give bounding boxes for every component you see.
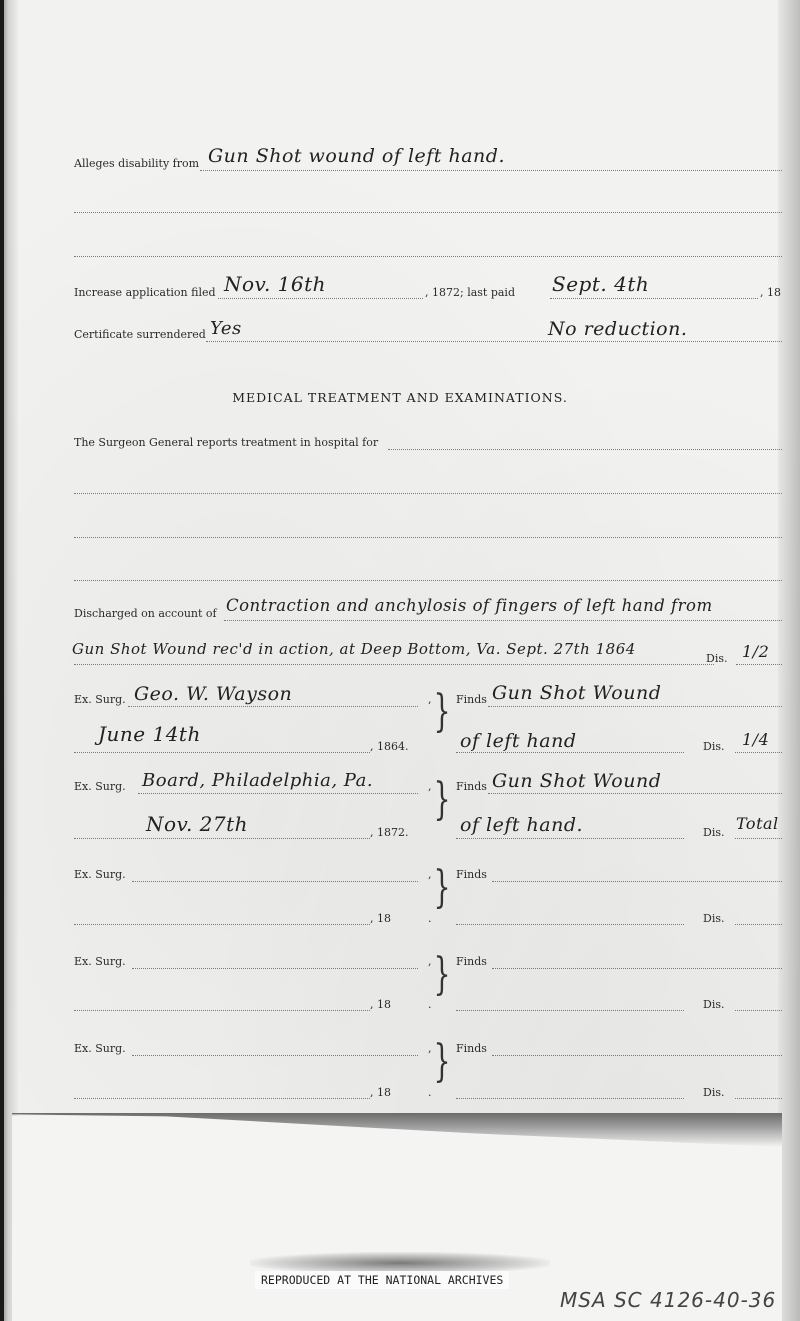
exam-2-surgeon: Board, Philadelphia, Pa. [142, 770, 373, 791]
exam-3-dis-line [735, 924, 782, 925]
exam-4-surgeon-line [132, 968, 418, 969]
exam-1-date: June 14th [98, 722, 201, 746]
last-paid-year-label: , 18 [760, 286, 781, 299]
exam-4-dis-line [735, 1010, 782, 1011]
exam-2-dis-value: Total [736, 814, 779, 833]
surgeon-general-line [388, 449, 782, 450]
exam-3-period: . [428, 912, 432, 925]
increase-label: Increase application filed [74, 286, 216, 299]
exam-4-finds-line-2 [456, 1010, 684, 1011]
exam-1-year: , 1864. [370, 740, 408, 753]
exam-1-finds-line1: Gun Shot Wound [492, 682, 661, 704]
discharged-dis-line [736, 664, 782, 665]
discharged-dis-label: Dis. [706, 652, 727, 665]
exam-5-dis-line [735, 1098, 782, 1099]
exam-2-surg-label: Ex. Surg. [74, 780, 126, 793]
reference-number: MSA SC 4126-40-36 [560, 1288, 776, 1312]
alleges-line [200, 170, 782, 171]
exam-1-dis-line [735, 752, 782, 753]
discharged-value-line1: Contraction and anchylosis of fingers of… [226, 596, 713, 615]
exam-4-year: , 18 [370, 998, 391, 1011]
section-heading: MEDICAL TREATMENT AND EXAMINATIONS. [0, 390, 800, 405]
exam-4-dis-label: Dis. [703, 998, 724, 1011]
exam-5-surg-label: Ex. Surg. [74, 1042, 126, 1055]
exam-4-surg-label: Ex. Surg. [74, 955, 126, 968]
last-paid-line [550, 298, 758, 299]
exam-1-finds-line2: of left hand [460, 730, 577, 752]
discharged-label: Discharged on account of [74, 607, 217, 620]
archives-stamp: REPRODUCED AT THE NATIONAL ARCHIVES [255, 1271, 509, 1289]
exam-2-comma: , [428, 780, 432, 793]
exam-3-finds-line-1 [492, 881, 782, 882]
exam-5-dis-label: Dis. [703, 1086, 724, 1099]
discharged-value-line2: Gun Shot Wound rec'd in action, at Deep … [72, 640, 636, 658]
certificate-value: Yes [210, 318, 242, 339]
exam-4-comma: , [428, 955, 432, 968]
exam-3-finds-line-2 [456, 924, 684, 925]
alleges-label: Alleges disability from [74, 157, 199, 170]
discharged-line-1 [224, 620, 782, 621]
surgeon-general-line-2 [74, 493, 782, 494]
alleges-line-2 [74, 212, 782, 213]
exam-5-finds-label: Finds [456, 1042, 487, 1055]
exam-5-year: , 18 [370, 1086, 391, 1099]
exam-3-comma: , [428, 868, 432, 881]
alleges-value: Gun Shot wound of left hand. [208, 145, 505, 167]
exam-1-dis-value: 1/4 [742, 730, 769, 749]
exam-3-date-line [74, 924, 370, 925]
exam-3-brace: } [434, 866, 451, 910]
exam-1-comma: , [428, 693, 432, 706]
exam-1-date-line [74, 752, 370, 753]
exam-1-surgeon: Geo. W. Wayson [134, 683, 292, 705]
exam-1-finds-label: Finds [456, 693, 487, 706]
discharged-line-2 [74, 664, 714, 665]
exam-2-surgeon-line [138, 793, 418, 794]
exam-5-comma: , [428, 1042, 432, 1055]
exam-5-finds-line-2 [456, 1098, 684, 1099]
exam-3-dis-label: Dis. [703, 912, 724, 925]
exam-1-finds-line-2 [456, 752, 684, 753]
exam-2-brace: } [434, 778, 451, 822]
exam-2-date-line [74, 838, 370, 839]
exam-4-period: . [428, 998, 432, 1011]
exam-1-surg-label: Ex. Surg. [74, 693, 126, 706]
certificate-label: Certificate surrendered [74, 328, 206, 341]
exam-2-finds-line2: of left hand. [460, 814, 583, 836]
exam-3-year: , 18 [370, 912, 391, 925]
exam-2-date: Nov. 27th [146, 812, 248, 836]
surgeon-general-line-3 [74, 537, 782, 538]
exam-5-surgeon-line [132, 1055, 418, 1056]
exam-1-brace: } [434, 690, 451, 734]
exam-2-dis-label: Dis. [703, 826, 724, 839]
exam-2-finds-line-1 [488, 793, 782, 794]
increase-filed-line [218, 298, 423, 299]
surgeon-general-line-4 [74, 580, 782, 581]
certificate-note: No reduction. [548, 318, 687, 340]
last-paid-value: Sept. 4th [552, 272, 649, 296]
exam-2-finds-line1: Gun Shot Wound [492, 770, 661, 792]
alleges-line-3 [74, 256, 782, 257]
exam-3-surg-label: Ex. Surg. [74, 868, 126, 881]
exam-3-finds-label: Finds [456, 868, 487, 881]
discharged-dis-value: 1/2 [742, 642, 769, 661]
exam-5-finds-line-1 [492, 1055, 782, 1056]
exam-2-year: , 1872. [370, 826, 408, 839]
certificate-line [206, 341, 782, 342]
exam-2-finds-label: Finds [456, 780, 487, 793]
exam-1-finds-line-1 [488, 706, 782, 707]
exam-5-date-line [74, 1098, 370, 1099]
exam-2-dis-line [735, 838, 782, 839]
exam-4-finds-label: Finds [456, 955, 487, 968]
exam-1-dis-label: Dis. [703, 740, 724, 753]
surgeon-general-label: The Surgeon General reports treatment in… [74, 436, 378, 449]
exam-5-brace: } [434, 1040, 451, 1084]
increase-year-label: , 1872; last paid [425, 286, 515, 299]
exam-2-finds-line-2 [456, 838, 684, 839]
exam-4-brace: } [434, 953, 451, 997]
increase-filed-value: Nov. 16th [224, 272, 326, 296]
exam-3-surgeon-line [132, 881, 418, 882]
exam-4-date-line [74, 1010, 370, 1011]
exam-1-surgeon-line [128, 706, 418, 707]
exam-5-period: . [428, 1086, 432, 1099]
exam-4-finds-line-1 [492, 968, 782, 969]
